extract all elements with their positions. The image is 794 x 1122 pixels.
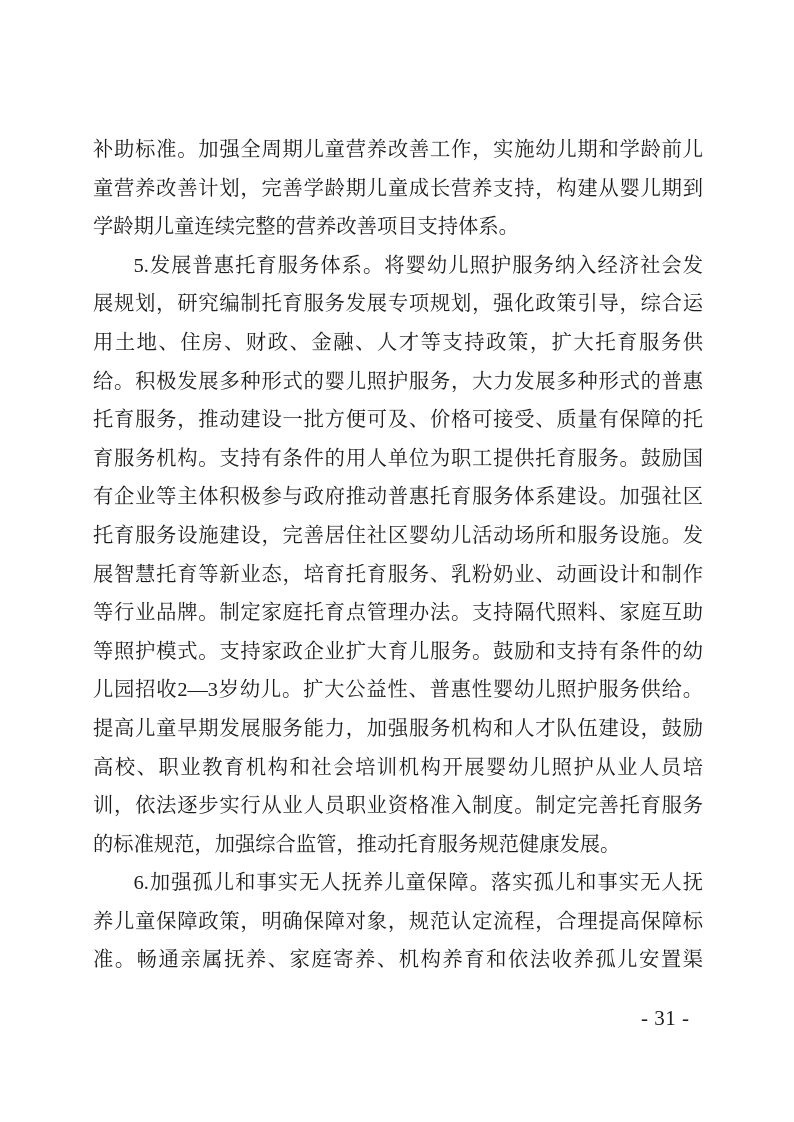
text-line: 等照护模式。支持家政企业扩大育儿服务。鼓励和支持有条件的幼 — [93, 633, 703, 672]
document-body: 补助标准。加强全周期儿童营养改善工作，实施幼儿期和学龄前儿 童营养改善计划，完善… — [93, 131, 703, 980]
text-line: 等行业品牌。制定家庭托育点管理办法。支持隔代照料、家庭互助 — [93, 594, 703, 633]
paragraph-item-5: 5.发展普惠托育服务体系。将婴幼儿照护服务纳入经济社会发 展规划，研究编制托育服… — [93, 247, 703, 865]
text-line: 5.发展普惠托育服务体系。将婴幼儿照护服务纳入经济社会发 — [93, 247, 703, 286]
text-line: 儿园招收2—3岁幼儿。扩大公益性、普惠性婴幼儿照护服务供给。 — [93, 671, 703, 710]
text-line: 展智慧托育等新业态，培育托育服务、乳粉奶业、动画设计和制作 — [93, 556, 703, 595]
text-line: 6.加强孤儿和事实无人抚养儿童保障。落实孤儿和事实无人抚 — [93, 864, 703, 903]
text-line: 育服务机构。支持有条件的用人单位为职工提供托育服务。鼓励国 — [93, 440, 703, 479]
text-line: 托育服务，推动建设一批方便可及、价格可接受、质量有保障的托 — [93, 401, 703, 440]
text-line: 童营养改善计划，完善学龄期儿童成长营养支持，构建从婴儿期到 — [93, 170, 703, 209]
page-number: - 31 - — [641, 1003, 690, 1033]
text-line: 给。积极发展多种形式的婴儿照护服务，大力发展多种形式的普惠 — [93, 363, 703, 402]
text-line: 展规划，研究编制托育服务发展专项规划，强化政策引导，综合运 — [93, 285, 703, 324]
text-line: 学龄期儿童连续完整的营养改善项目支持体系。 — [93, 208, 703, 247]
paragraph-item-6: 6.加强孤儿和事实无人抚养儿童保障。落实孤儿和事实无人抚 养儿童保障政策，明确保… — [93, 864, 703, 980]
text-line: 高校、职业教育机构和社会培训机构开展婴幼儿照护从业人员培 — [93, 749, 703, 788]
document-page: 补助标准。加强全周期儿童营养改善工作，实施幼儿期和学龄前儿 童营养改善计划，完善… — [0, 0, 794, 1122]
text-line: 训，依法逐步实行从业人员职业资格准入制度。制定完善托育服务 — [93, 787, 703, 826]
text-line: 提高儿童早期发展服务能力，加强服务机构和人才队伍建设，鼓励 — [93, 710, 703, 749]
text-line: 养儿童保障政策，明确保障对象，规范认定流程，合理提高保障标 — [93, 903, 703, 942]
text-line: 托育服务设施建设，完善居住社区婴幼儿活动场所和服务设施。发 — [93, 517, 703, 556]
text-line: 的标准规范，加强综合监管，推动托育服务规范健康发展。 — [93, 826, 703, 865]
text-line: 有企业等主体积极参与政府推动普惠托育服务体系建设。加强社区 — [93, 478, 703, 517]
paragraph-continuation: 补助标准。加强全周期儿童营养改善工作，实施幼儿期和学龄前儿 童营养改善计划，完善… — [93, 131, 703, 247]
text-line: 准。畅通亲属抚养、家庭寄养、机构养育和依法收养孤儿安置渠 — [93, 941, 703, 980]
text-line: 用土地、住房、财政、金融、人才等支持政策，扩大托育服务供 — [93, 324, 703, 363]
text-line: 补助标准。加强全周期儿童营养改善工作，实施幼儿期和学龄前儿 — [93, 131, 703, 170]
